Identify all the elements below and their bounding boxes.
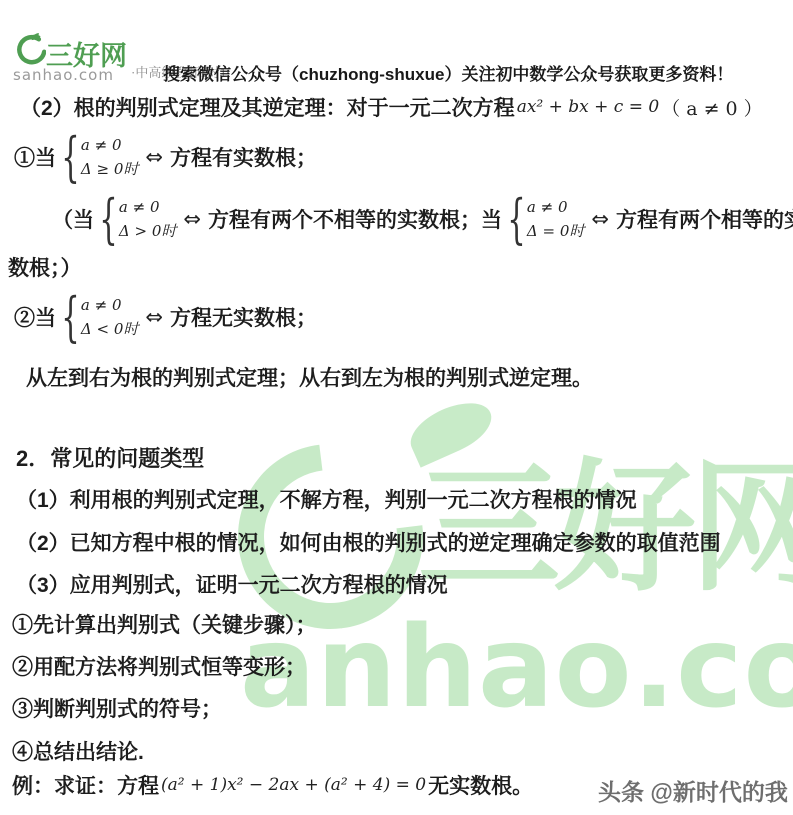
case1-label: ①当 bbox=[14, 142, 56, 172]
step-3: ③判断判别式的符号； bbox=[12, 693, 222, 723]
subcase-open: （当 bbox=[52, 204, 94, 234]
problem-type-3: （3）应用判别式，证明一元二次方程根的情况 bbox=[16, 569, 448, 599]
problem-type-1: （1）利用根的判别式定理，不解方程，判别一元二次方程根的情况 bbox=[16, 484, 637, 514]
subcase1-cond1: a ≠ 0 bbox=[119, 197, 176, 217]
iff-arrow-icon: ⇔ bbox=[591, 207, 609, 231]
example-prefix: 例：求证：方程 bbox=[12, 770, 159, 800]
theorem-intro-line: （2）根的判别式定理及其逆定理：对于一元二次方程 ax² + bx + c = … bbox=[20, 92, 763, 122]
example-suffix: 无实数根。 bbox=[428, 770, 533, 800]
section2-heading: 2．常见的问题类型 bbox=[16, 442, 204, 473]
case1-line: ①当 { a ≠ 0 Δ ≥ 0时 ⇔ 方程有实数根； bbox=[14, 128, 317, 186]
case1-conditions: a ≠ 0 Δ ≥ 0时 bbox=[81, 135, 138, 179]
subcase-line: （当 { a ≠ 0 Δ > 0时 ⇔ 方程有两个不相等的实数根；当 { a ≠… bbox=[52, 190, 793, 248]
example-formula: (a² + 1)x² − 2ax + (a² + 4) = 0 bbox=[159, 775, 428, 795]
case1-result: 方程有实数根； bbox=[170, 142, 317, 172]
step-4: ④总结出结论. bbox=[12, 736, 144, 766]
example-line: 例：求证：方程 (a² + 1)x² − 2ax + (a² + 4) = 0 … bbox=[12, 770, 533, 800]
subcase2-conditions: a ≠ 0 Δ = 0时 bbox=[527, 197, 584, 241]
quadratic-formula: ax² + bx + c = 0 bbox=[515, 97, 662, 117]
subcase1-cond2: Δ > 0时 bbox=[119, 221, 176, 241]
case2-cond1: a ≠ 0 bbox=[81, 295, 138, 315]
theorem-intro-text: （2）根的判别式定理及其逆定理：对于一元二次方程 bbox=[20, 92, 515, 122]
document-page: 三好网 anhao.com 三好网 sanhao.com ·中高级教师1对1 搜… bbox=[0, 0, 793, 815]
subcase-carry-line: 数根；） bbox=[8, 252, 82, 282]
constraint-a-not-zero: （ a ≠ 0 ） bbox=[661, 94, 763, 121]
case2-label: ②当 bbox=[14, 302, 56, 332]
logo-domain: sanhao.com bbox=[13, 66, 114, 84]
case2-conditions: a ≠ 0 Δ < 0时 bbox=[81, 295, 138, 339]
left-brace-icon: { bbox=[61, 130, 79, 183]
theorem-summary: 从左到右为根的判别式定理；从右到左为根的判别式逆定理。 bbox=[26, 362, 593, 392]
wechat-notice: 搜索微信公众号（chuzhong-shuxue）关注初中数学公众号获取更多资料！ bbox=[163, 60, 733, 85]
subcase2-result: 方程有两个相等的实 bbox=[616, 204, 793, 234]
subcase1-result: 方程有两个不相等的实数根；当 bbox=[208, 204, 502, 234]
iff-arrow-icon: ⇔ bbox=[145, 145, 163, 169]
iff-arrow-icon: ⇔ bbox=[145, 305, 163, 329]
problem-type-2: （2）已知方程中根的情况，如何由根的判别式的逆定理确定参数的取值范围 bbox=[16, 527, 721, 557]
step-2: ②用配方法将判别式恒等变形； bbox=[12, 651, 306, 681]
case2-result: 方程无实数根； bbox=[170, 302, 317, 332]
subcase2-cond2: Δ = 0时 bbox=[527, 221, 584, 241]
toutiao-byline: 头条 @新时代的我 bbox=[598, 774, 788, 807]
left-brace-icon: { bbox=[507, 192, 525, 245]
case2-line: ②当 { a ≠ 0 Δ < 0时 ⇔ 方程无实数根； bbox=[14, 288, 317, 346]
case1-cond1: a ≠ 0 bbox=[81, 135, 138, 155]
subcase1-conditions: a ≠ 0 Δ > 0时 bbox=[119, 197, 176, 241]
step-1: ①先计算出判别式（关键步骤）； bbox=[12, 609, 317, 639]
case1-cond2: Δ ≥ 0时 bbox=[81, 159, 138, 179]
left-brace-icon: { bbox=[61, 290, 79, 343]
subcase2-cond1: a ≠ 0 bbox=[527, 197, 584, 217]
sprout-logo-icon bbox=[12, 32, 46, 68]
iff-arrow-icon: ⇔ bbox=[183, 207, 201, 231]
case2-cond2: Δ < 0时 bbox=[81, 319, 138, 339]
left-brace-icon: { bbox=[99, 192, 117, 245]
